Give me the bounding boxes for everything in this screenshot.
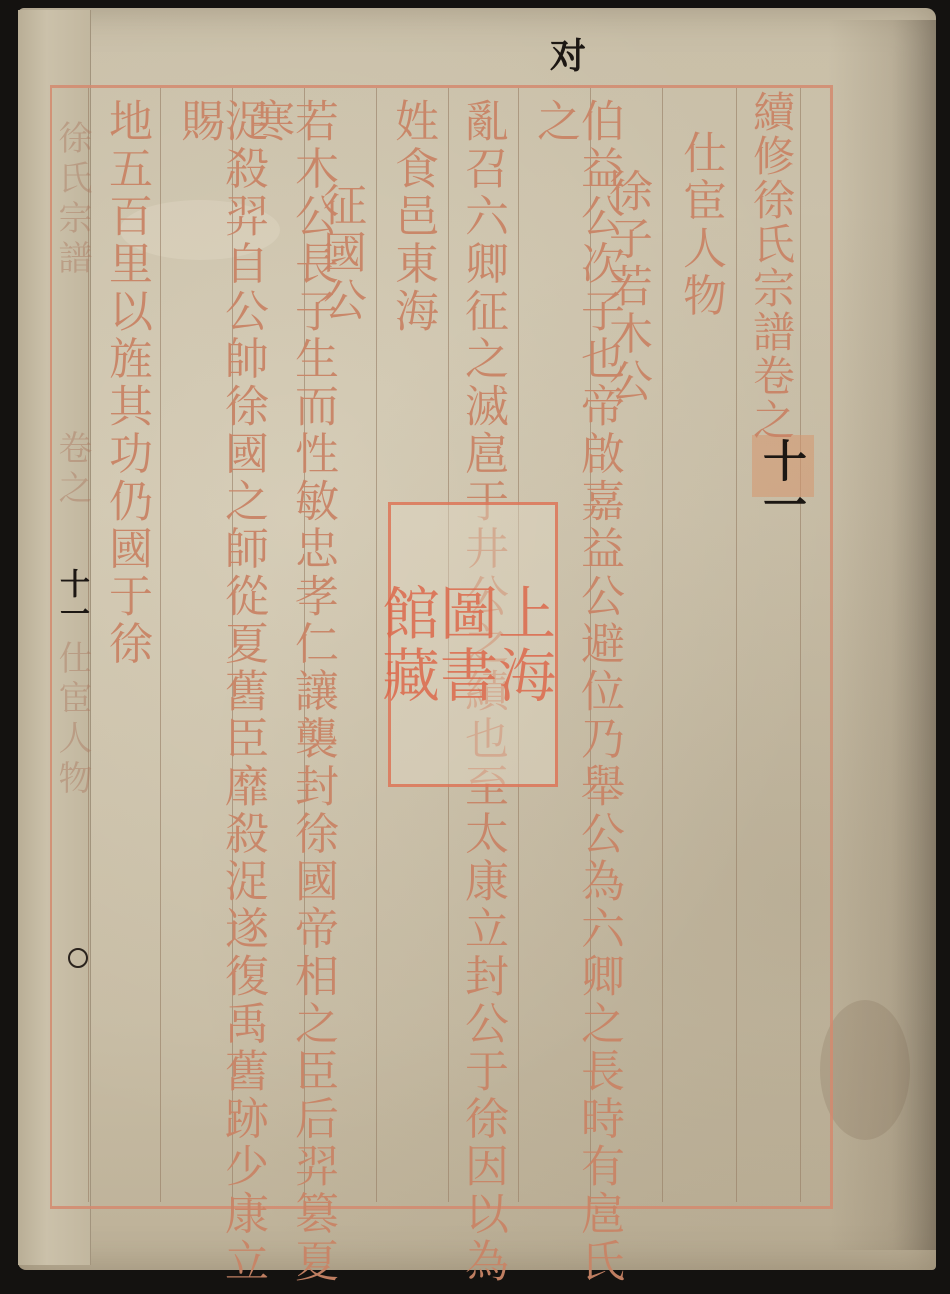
seal-text-column: 上海 — [493, 513, 551, 776]
seal-text-column: 館藏 — [377, 513, 435, 776]
margin-label-section: 仕宦人物 — [48, 640, 97, 800]
text-column: 地五百里以旌其功仍國于徐 — [104, 98, 148, 668]
margin-circle-mark — [68, 948, 88, 968]
text-column: 浞殺羿自公帥徐國之師從夏舊臣靡殺浞遂復禹舊跡少康立賜 — [176, 98, 264, 1294]
text-column: 姓食邑東海 — [390, 98, 434, 336]
seal-text-column: 圖書 — [435, 513, 493, 776]
margin-label-title: 徐氏宗譜 — [48, 120, 97, 280]
margin-handwritten-number: 十一 — [56, 568, 86, 628]
handwritten-volume-number: 十一 — [758, 438, 802, 526]
margin-label-volume: 卷之 — [48, 430, 97, 510]
section-heading-officials: 仕宦人物 — [678, 130, 722, 320]
column-rule — [160, 88, 161, 1202]
column-rule — [800, 88, 801, 1202]
book-title-column: 續修徐氏宗譜卷之 — [750, 90, 792, 442]
paper-stain — [820, 1000, 910, 1140]
column-rule — [736, 88, 737, 1202]
library-seal-stamp: 上海 圖書 館藏 — [388, 502, 558, 787]
handwritten-check-mark: 对 — [550, 28, 586, 79]
column-rule — [662, 88, 663, 1202]
